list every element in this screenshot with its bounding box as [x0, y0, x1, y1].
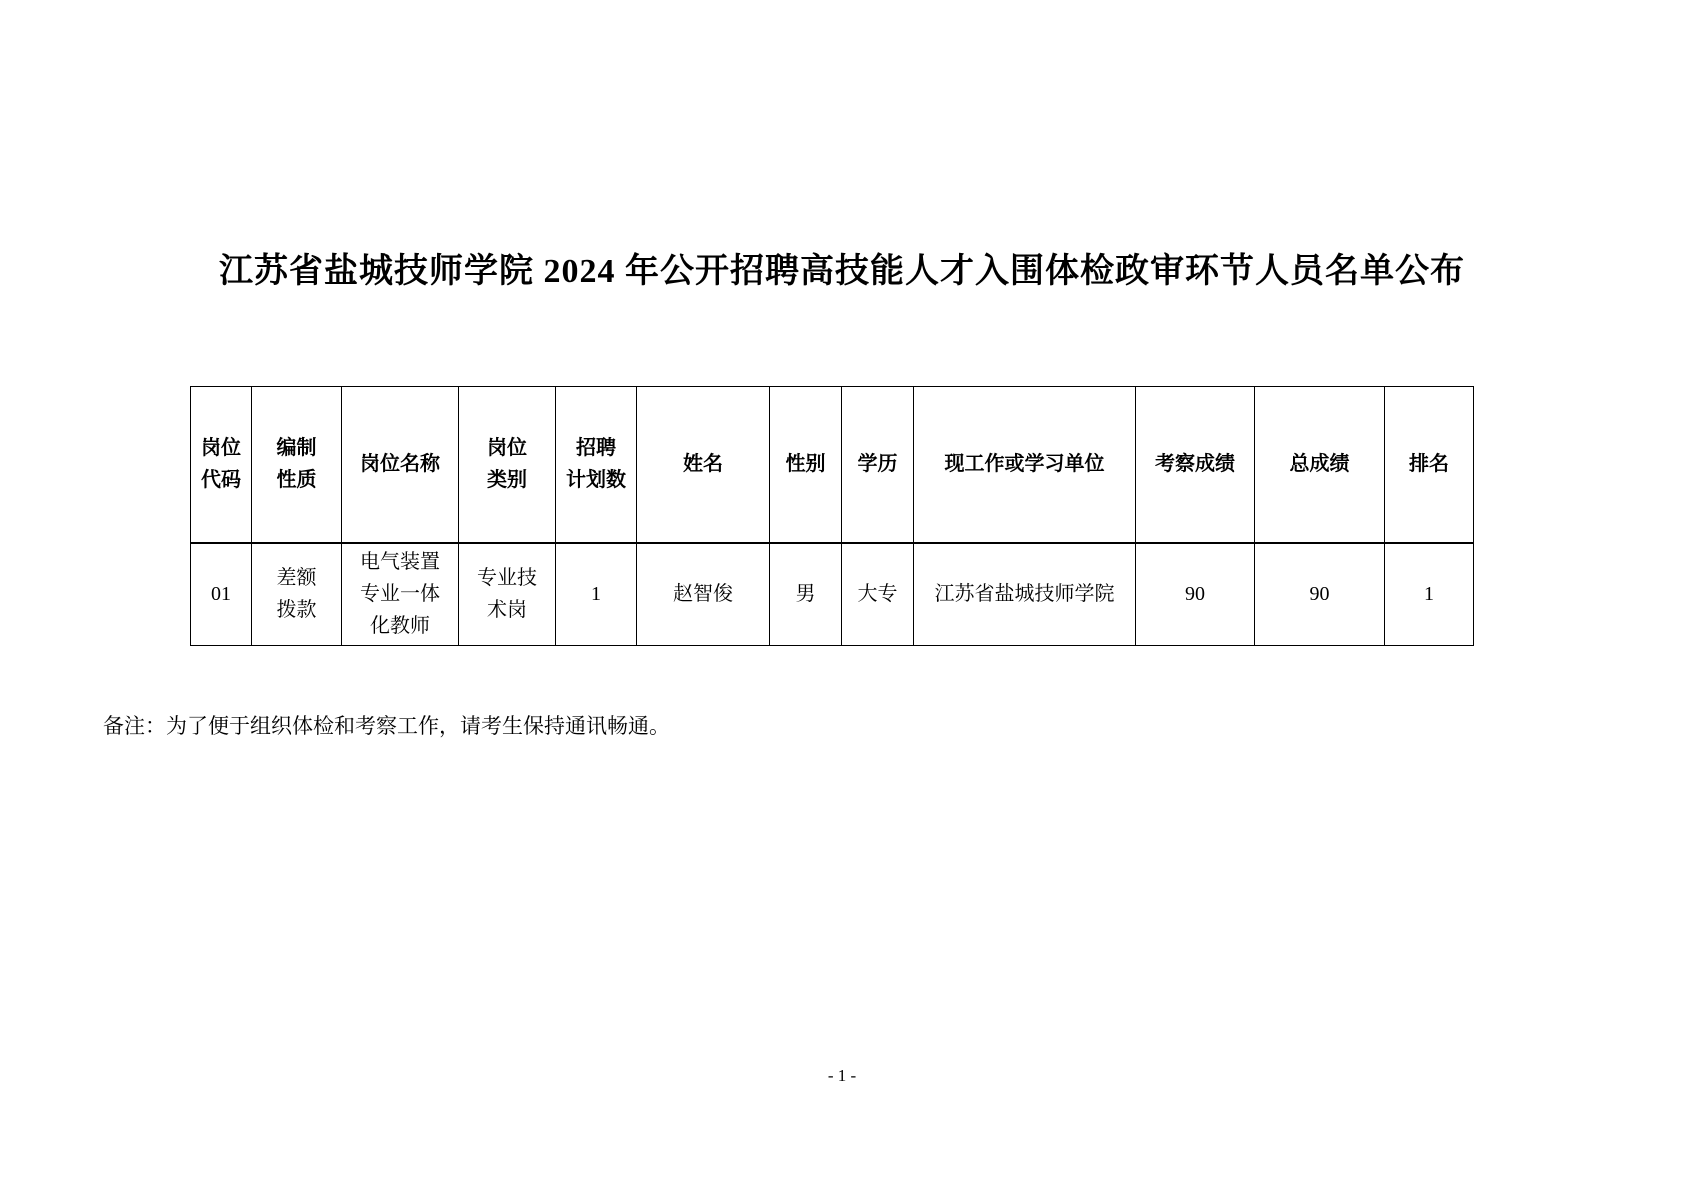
- col-header-recruit-plan: 招聘 计划数: [556, 387, 637, 543]
- cell-rank: 1: [1385, 543, 1474, 646]
- page-number: - 1 -: [0, 1066, 1684, 1086]
- col-header-education: 学历: [842, 387, 914, 543]
- table-row: 01 差额 拨款 电气装置 专业一体 化教师 专业技 术岗 1 赵智俊 男 大专…: [191, 543, 1474, 646]
- cell-post-code: 01: [191, 543, 252, 646]
- col-header-gender: 性别: [770, 387, 842, 543]
- col-header-inspection-score: 考察成绩: [1136, 387, 1255, 543]
- col-header-establishment-type: 编制 性质: [252, 387, 342, 543]
- col-header-post-code: 岗位 代码: [191, 387, 252, 543]
- cell-establishment-type: 差额 拨款: [252, 543, 342, 646]
- cell-work-unit: 江苏省盐城技师学院: [914, 543, 1136, 646]
- document-page: 江苏省盐城技师学院 2024 年公开招聘高技能人才入围体检政审环节人员名单公布 …: [0, 0, 1684, 1191]
- candidate-table: 岗位 代码 编制 性质 岗位名称 岗位 类别 招聘 计划数 姓名 性别 学历 现…: [190, 386, 1474, 646]
- col-header-rank: 排名: [1385, 387, 1474, 543]
- cell-post-name: 电气装置 专业一体 化教师: [342, 543, 459, 646]
- cell-inspection-score: 90: [1136, 543, 1255, 646]
- cell-name: 赵智俊: [637, 543, 770, 646]
- col-header-post-name: 岗位名称: [342, 387, 459, 543]
- col-header-name: 姓名: [637, 387, 770, 543]
- remark-note: 备注：为了便于组织体检和考察工作，请考生保持通讯畅通。: [103, 710, 670, 740]
- col-header-work-unit: 现工作或学习单位: [914, 387, 1136, 543]
- col-header-total-score: 总成绩: [1255, 387, 1385, 543]
- cell-recruit-plan: 1: [556, 543, 637, 646]
- table-header-row: 岗位 代码 编制 性质 岗位名称 岗位 类别 招聘 计划数 姓名 性别 学历 现…: [191, 387, 1474, 543]
- col-header-post-category: 岗位 类别: [459, 387, 556, 543]
- cell-post-category: 专业技 术岗: [459, 543, 556, 646]
- cell-education: 大专: [842, 543, 914, 646]
- cell-total-score: 90: [1255, 543, 1385, 646]
- page-title: 江苏省盐城技师学院 2024 年公开招聘高技能人才入围体检政审环节人员名单公布: [0, 243, 1684, 292]
- cell-gender: 男: [770, 543, 842, 646]
